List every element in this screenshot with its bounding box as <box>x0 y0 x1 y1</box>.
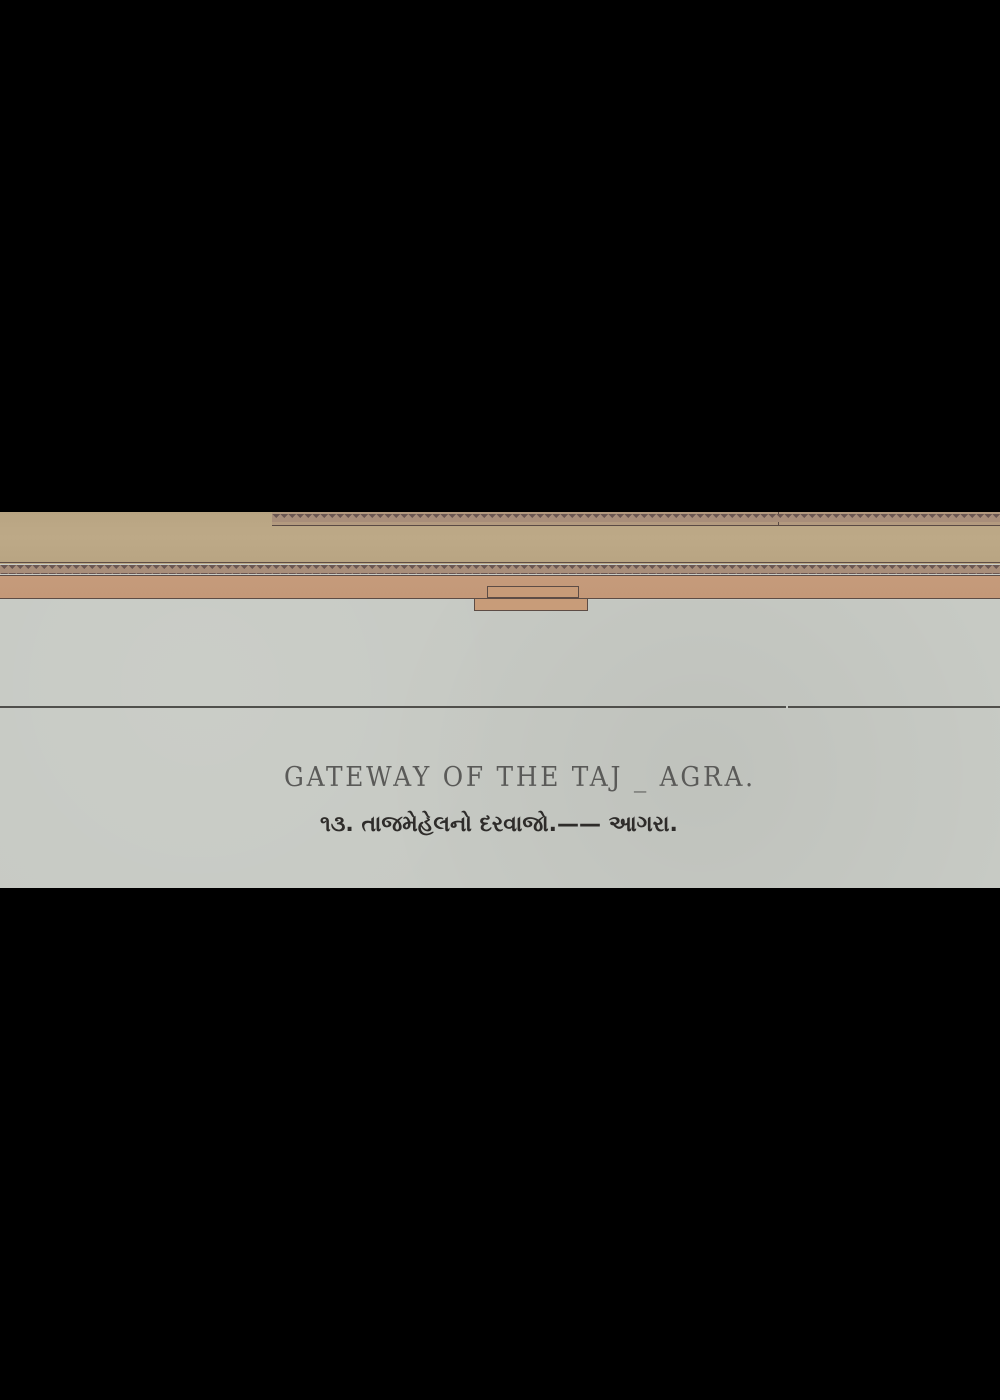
print-photo: GATEWAY OF THE TAJ _ AGRA. ૧૩. તાજમેહેલન… <box>0 512 1000 888</box>
lower-triangle-frieze <box>0 565 1000 574</box>
plinth-lower-step <box>474 598 588 611</box>
rule-gap <box>786 705 788 709</box>
plinth-upper-step <box>487 586 579 598</box>
english-caption: GATEWAY OF THE TAJ _ AGRA. <box>284 762 756 793</box>
gujarati-caption: ૧૩. તાજમેહેલનો દરવાજો.—— આગરા. <box>320 812 678 837</box>
paper-margin <box>0 600 1000 888</box>
horizontal-rule <box>0 706 1000 708</box>
upper-triangle-frieze <box>272 514 1000 522</box>
frieze-line-top <box>0 562 1000 563</box>
